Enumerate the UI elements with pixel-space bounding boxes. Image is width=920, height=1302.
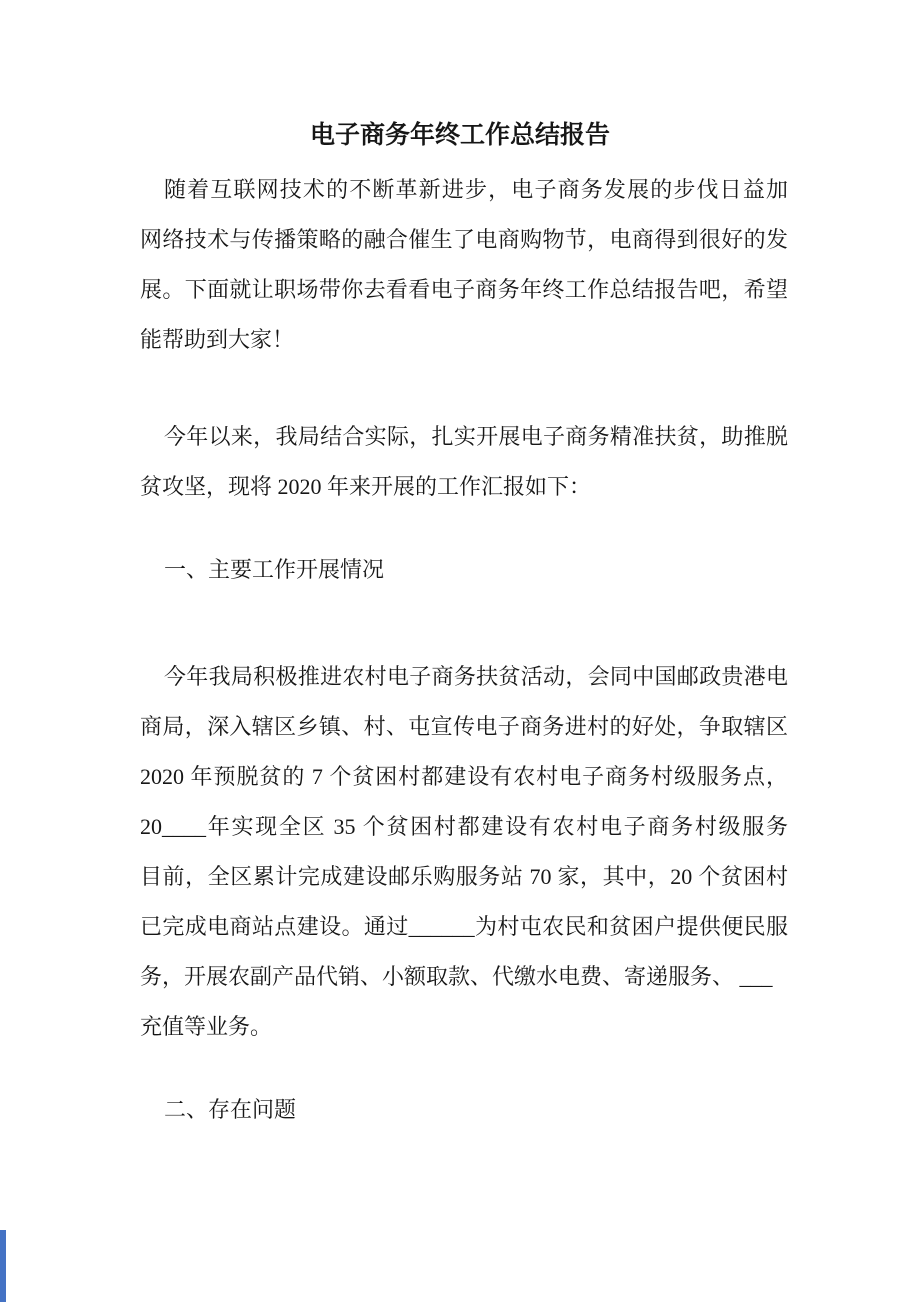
paragraph-overview: 今年以来，我局结合实际，扎实开展电子商务精准扶贫，助推脱 贫攻坚，现将 2020… (140, 412, 788, 512)
paragraph-section-1-body: 今年我局积极推进农村电子商务扶贫活动，会同中国邮政贵港电 商局，深入辖区乡镇、村… (140, 652, 788, 1052)
text-line: 务，开展农副产品代销、小额取款、代缴水电费、寄递服务、 ___ (140, 952, 788, 1002)
document-page: 电子商务年终工作总结报告 随着互联网技术的不断革新进步，电子商务发展的步伐日益加… (0, 0, 920, 1302)
section-heading-2: 二、存在问题 (140, 1085, 788, 1135)
text-line: 网络技术与传播策略的融合催生了电商购物节，电商得到很好的发 (140, 215, 788, 265)
page-edge-accent-bar (0, 1230, 6, 1302)
section-heading-1: 一、主要工作开展情况 (140, 545, 788, 595)
text-line: 商局，深入辖区乡镇、村、屯宣传电子商务进村的好处，争取辖区 (140, 702, 788, 752)
text-line: 今年以来，我局结合实际，扎实开展电子商务精准扶贫，助推脱 (140, 412, 788, 462)
paragraph-intro: 随着互联网技术的不断革新进步，电子商务发展的步伐日益加快， 网络技术与传播策略的… (140, 165, 788, 365)
document-title: 电子商务年终工作总结报告 (135, 118, 785, 154)
text-line: 2020 年预脱贫的 7 个贫困村都建设有农村电子商务村级服务点， (140, 752, 788, 802)
text-line: 已完成电商站点建设。通过______为村屯农民和贫困户提供便民服 (140, 902, 788, 952)
text-line: 能帮助到大家！ (140, 315, 788, 365)
text-line: 今年我局积极推进农村电子商务扶贫活动，会同中国邮政贵港电 (140, 652, 788, 702)
text-line: 贫攻坚，现将 2020 年来开展的工作汇报如下： (140, 462, 788, 512)
text-line: 目前，全区累计完成建设邮乐购服务站 70 家，其中，20 个贫困村 (140, 852, 788, 902)
text-line: 展。下面就让职场带你去看看电子商务年终工作总结报告吧，希望 (140, 265, 788, 315)
text-line: 充值等业务。 (140, 1002, 788, 1052)
text-line: 20____年实现全区 35 个贫困村都建设有农村电子商务村级服务点。 (140, 802, 788, 852)
text-line: 随着互联网技术的不断革新进步，电子商务发展的步伐日益加快， (140, 165, 788, 215)
